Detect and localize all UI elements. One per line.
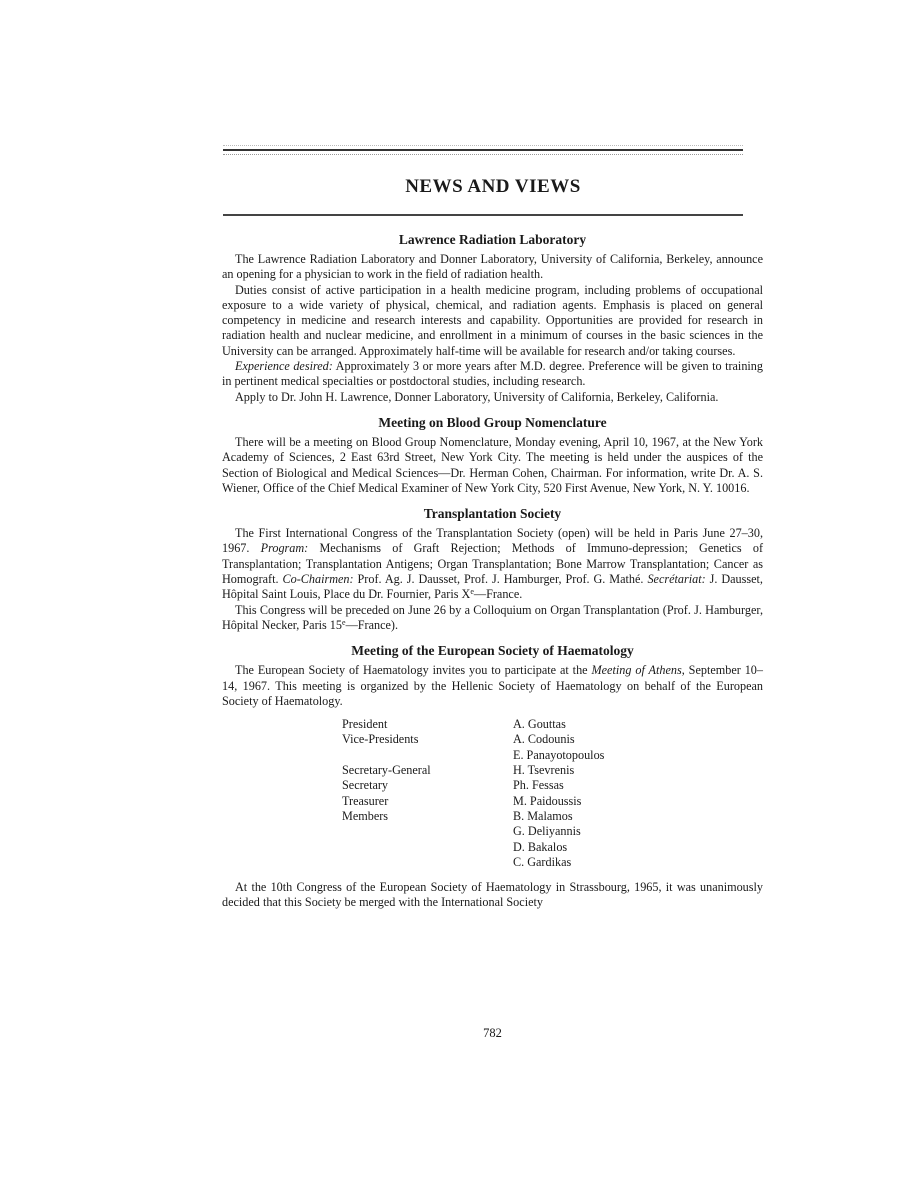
- section-title: Lawrence Radiation Laboratory: [222, 232, 763, 248]
- officer-name: H. Tsevrenis: [513, 763, 763, 778]
- officers-table: PresidentA. GouttasVice-PresidentsA. Cod…: [342, 717, 763, 870]
- paragraph: The First International Congress of the …: [222, 526, 763, 602]
- officer-role: Secretary-General: [342, 763, 513, 778]
- officer-name: E. Panayotopoulos: [513, 748, 763, 763]
- officer-role: [342, 748, 513, 763]
- section-transplantation-society: Transplantation Society The First Intern…: [222, 506, 763, 633]
- text-run: —France).: [346, 618, 398, 632]
- officer-name: G. Deliyannis: [513, 824, 763, 839]
- top-rule-dotted: [223, 145, 743, 146]
- heading-rule: [223, 214, 743, 216]
- journal-section-heading: NEWS AND VIEWS: [223, 176, 763, 198]
- section-title: Transplantation Society: [222, 506, 763, 522]
- officer-role: [342, 855, 513, 870]
- page-number: 782: [222, 1026, 763, 1041]
- section-title: Meeting of the European Society of Haema…: [222, 643, 763, 659]
- italic-lead: Experience desired:: [235, 359, 333, 373]
- section-european-society-haematology: Meeting of the European Society of Haema…: [222, 643, 763, 910]
- section-lawrence-radiation-laboratory: Lawrence Radiation Laboratory The Lawren…: [222, 232, 763, 405]
- officer-role: Treasurer: [342, 794, 513, 809]
- officer-name: C. Gardikas: [513, 855, 763, 870]
- paragraph: At the 10th Congress of the European Soc…: [222, 880, 763, 911]
- officer-role: [342, 840, 513, 855]
- section-title: Meeting on Blood Group Nomenclature: [222, 415, 763, 431]
- italic-label-program: Program:: [261, 541, 309, 555]
- paragraph: This Congress will be preceded on June 2…: [222, 603, 763, 634]
- paragraph: The Lawrence Radiation Laboratory and Do…: [222, 252, 763, 283]
- top-rule: [223, 149, 743, 151]
- officer-role: Vice-Presidents: [342, 732, 513, 747]
- text-run: Prof. Ag. J. Dausset, Prof. J. Hamburger…: [354, 572, 648, 586]
- text-run: This Congress will be preceded on June 2…: [222, 603, 763, 632]
- italic-label-cochairmen: Co-Chairmen:: [282, 572, 353, 586]
- text-run: The European Society of Haematology invi…: [235, 663, 592, 677]
- officer-name: D. Bakalos: [513, 840, 763, 855]
- officer-name: A. Gouttas: [513, 717, 763, 732]
- officer-name: A. Codounis: [513, 732, 763, 747]
- section-blood-group-nomenclature: Meeting on Blood Group Nomenclature Ther…: [222, 415, 763, 496]
- officer-role: Secretary: [342, 778, 513, 793]
- officer-role: [342, 824, 513, 839]
- paragraph: Duties consist of active participation i…: [222, 283, 763, 359]
- text-run: —France.: [474, 587, 522, 601]
- officer-role: Members: [342, 809, 513, 824]
- italic-label-secretariat: Secrétariat:: [647, 572, 705, 586]
- officer-role: President: [342, 717, 513, 732]
- paragraph: Apply to Dr. John H. Lawrence, Donner La…: [222, 390, 763, 405]
- officer-name: B. Malamos: [513, 809, 763, 824]
- officer-name: Ph. Fessas: [513, 778, 763, 793]
- top-rule-thin: [223, 154, 743, 155]
- officer-name: M. Paidoussis: [513, 794, 763, 809]
- paragraph: There will be a meeting on Blood Group N…: [222, 435, 763, 496]
- paragraph: The European Society of Haematology invi…: [222, 663, 763, 709]
- paragraph: Experience desired: Approximately 3 or m…: [222, 359, 763, 390]
- page-content: Lawrence Radiation Laboratory The Lawren…: [222, 232, 763, 921]
- italic-meeting-name: Meeting of Athens: [592, 663, 682, 677]
